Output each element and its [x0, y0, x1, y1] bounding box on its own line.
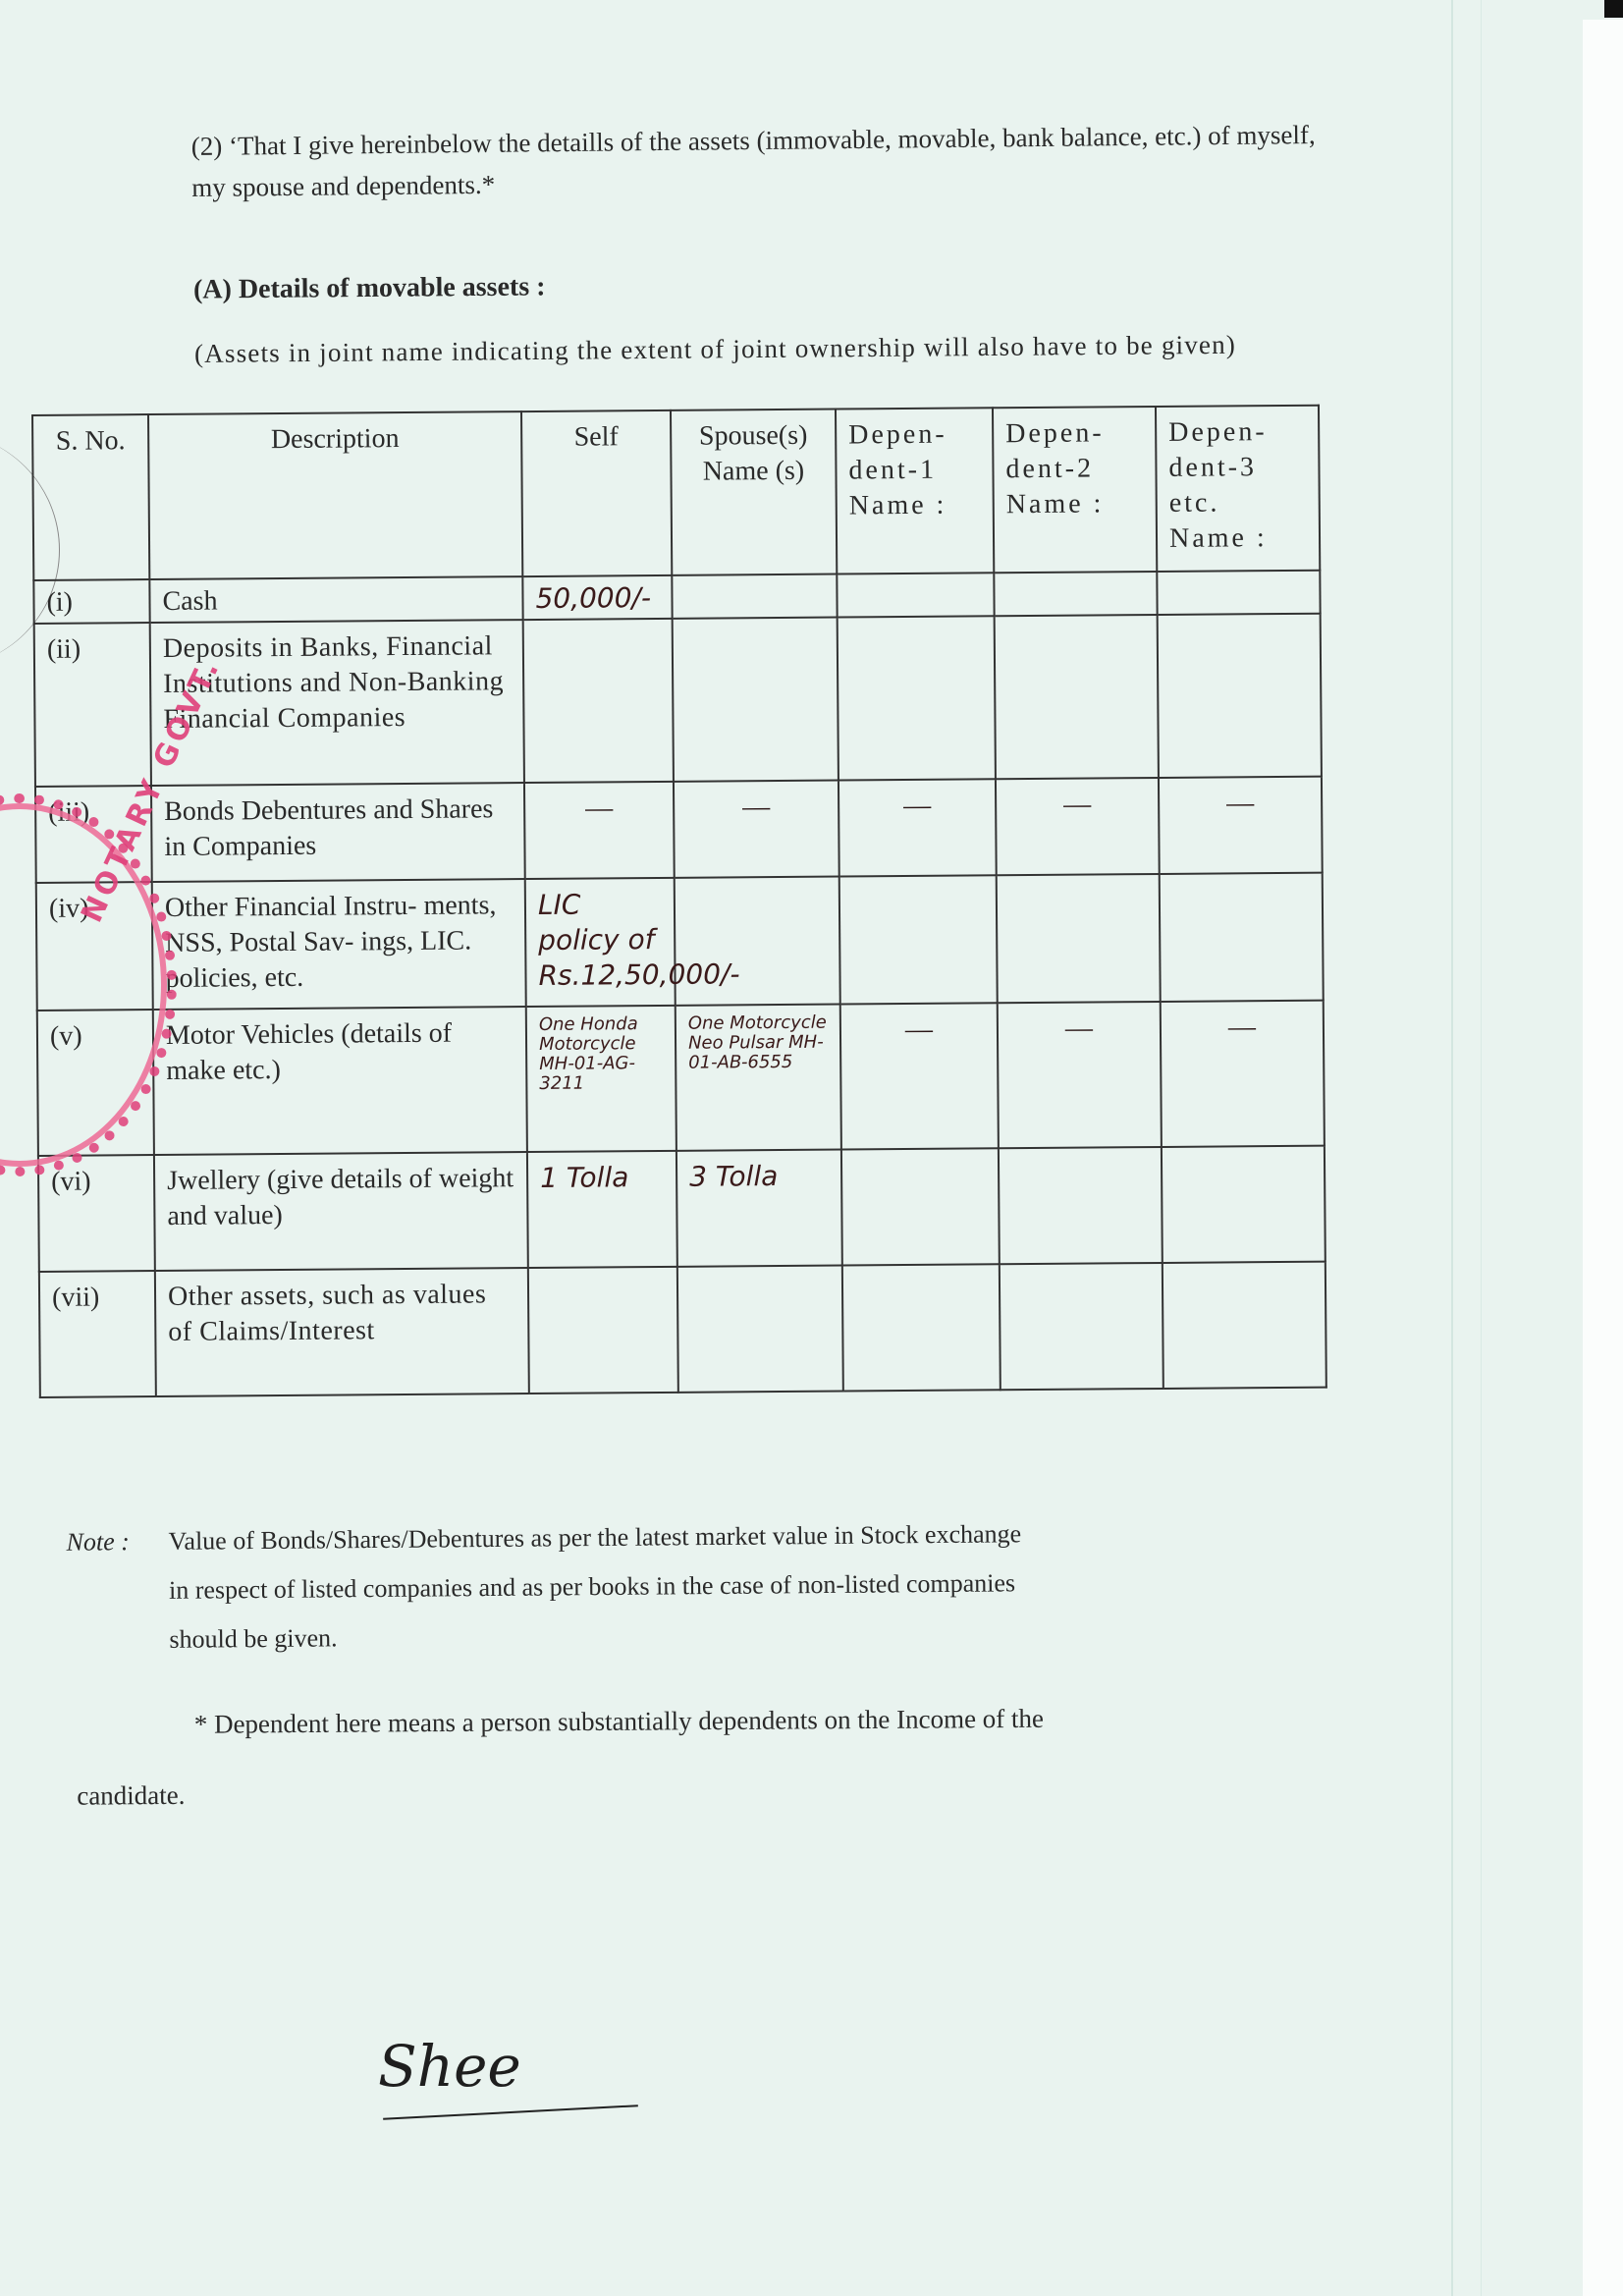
table-row: (iv) Other Financial Instru- ments, NSS,… — [36, 873, 1324, 1011]
header-dependent-2: Depen- dent-2 Name : — [993, 407, 1157, 573]
row-sno: (i) — [33, 579, 149, 624]
dependent-3-value[interactable] — [1160, 873, 1324, 1002]
spouse-value[interactable]: 3 Tolla — [676, 1150, 842, 1267]
dependent-3-value[interactable] — [1162, 1146, 1325, 1263]
spouse-value[interactable] — [672, 574, 837, 619]
dependent-1-value[interactable] — [839, 875, 998, 1004]
table-row: (iii) Bonds Debentures and Shares in Com… — [35, 777, 1323, 883]
movable-assets-table: S. No. Description Self Spouse(s) Name (… — [31, 405, 1325, 1398]
paper-fold — [1451, 0, 1453, 2296]
row-description: Jwellery (give details of weight and val… — [154, 1152, 528, 1271]
scan-corner-mark — [1604, 0, 1623, 18]
self-value[interactable] — [523, 619, 674, 783]
header-sno: S. No. — [32, 414, 149, 580]
dependent-1-value[interactable]: — — [839, 779, 997, 876]
note-block: Note :Value of Bonds/Shares/Debentures a… — [66, 1506, 1363, 1666]
row-description: Other assets, such as values of Claims/I… — [155, 1268, 529, 1396]
dependent-1-value[interactable] — [841, 1148, 1000, 1265]
dependent-3-value[interactable] — [1163, 1262, 1326, 1389]
table-row: (ii) Deposits in Banks, Financial Instit… — [34, 614, 1322, 787]
self-value[interactable]: 1 Tolla — [527, 1151, 677, 1268]
section-heading: (A) Details of movable assets : — [193, 271, 546, 305]
row-sno: (ii) — [34, 623, 151, 787]
self-value[interactable]: One Honda Motorcycle MH-01-AG-3211 — [526, 1006, 676, 1152]
header-self: Self — [521, 410, 672, 576]
dependent-2-value[interactable]: — — [996, 778, 1160, 875]
table-row: (vii) Other assets, such as values of Cl… — [39, 1262, 1326, 1397]
paper-fold — [1481, 0, 1482, 2296]
page-edge — [1583, 20, 1623, 2296]
dependent-note: * Dependent here means a person substant… — [77, 1680, 1374, 1831]
dependent-note-line-1: * Dependent here means a person substant… — [77, 1680, 1373, 1760]
dependent-1-value[interactable] — [842, 1264, 1001, 1391]
table-row: (vi) Jwellery (give details of weight an… — [38, 1146, 1325, 1272]
table-row: (v) Motor Vehicles (details of make etc.… — [37, 1001, 1325, 1156]
dependent-note-line-2: candidate. — [77, 1751, 1373, 1831]
dependent-2-value[interactable] — [995, 615, 1159, 779]
self-value[interactable]: 50,000/- — [522, 575, 672, 620]
dependent-3-value[interactable] — [1158, 614, 1322, 778]
spouse-value[interactable] — [677, 1266, 843, 1393]
dependent-2-value[interactable]: — — [998, 1002, 1162, 1148]
signature-line — [383, 2105, 638, 2120]
self-value[interactable] — [528, 1267, 678, 1394]
row-description: Other Financial Instru- ments, NSS, Post… — [152, 879, 526, 1010]
spouse-value[interactable]: One Motorcycle Neo Pulsar MH-01-AB-6555 — [676, 1005, 841, 1151]
row-sno: (vi) — [38, 1155, 155, 1272]
header-dependent-3: Depen- dent-3 etc. Name : — [1156, 406, 1320, 572]
header-description: Description — [148, 411, 522, 579]
dependent-2-value[interactable] — [994, 572, 1157, 616]
row-description: Motor Vehicles (details of make etc.) — [153, 1007, 527, 1155]
self-value[interactable]: LIC policy of Rs.12,50,000/- — [525, 878, 676, 1007]
dependent-1-value[interactable]: — — [840, 1003, 999, 1149]
row-description: Cash — [149, 576, 522, 623]
row-description: Bonds Debentures and Shares in Companies — [151, 783, 525, 882]
spouse-value[interactable]: — — [674, 781, 839, 878]
header-spouse: Spouse(s) Name (s) — [671, 410, 837, 575]
note-line-3: should be given. — [67, 1605, 1363, 1666]
dependent-1-value[interactable] — [838, 616, 996, 780]
dependent-3-value[interactable]: — — [1161, 1001, 1325, 1147]
self-value[interactable]: — — [524, 782, 675, 879]
dependent-2-value[interactable] — [1000, 1263, 1163, 1390]
spouse-value[interactable] — [673, 618, 839, 782]
row-sno: (vii) — [39, 1271, 156, 1397]
dependent-2-value[interactable] — [997, 874, 1161, 1003]
dependent-2-value[interactable] — [999, 1147, 1163, 1264]
table-header-row: S. No. Description Self Spouse(s) Name (… — [32, 406, 1320, 580]
dependent-3-value[interactable] — [1157, 571, 1320, 615]
note-line-1: Value of Bonds/Shares/Debentures as per … — [168, 1519, 1021, 1556]
note-label: Note : — [66, 1517, 168, 1567]
section-subtext: (Assets in joint name indicating the ext… — [194, 323, 1324, 374]
dependent-3-value[interactable]: — — [1159, 777, 1323, 874]
dependent-1-value[interactable] — [837, 573, 994, 617]
intro-paragraph: (2) ‘That I give hereinbelow the detaill… — [191, 114, 1322, 208]
signature: Shee — [378, 2033, 521, 2100]
header-dependent-1: Depen- dent-1 Name : — [836, 408, 994, 574]
